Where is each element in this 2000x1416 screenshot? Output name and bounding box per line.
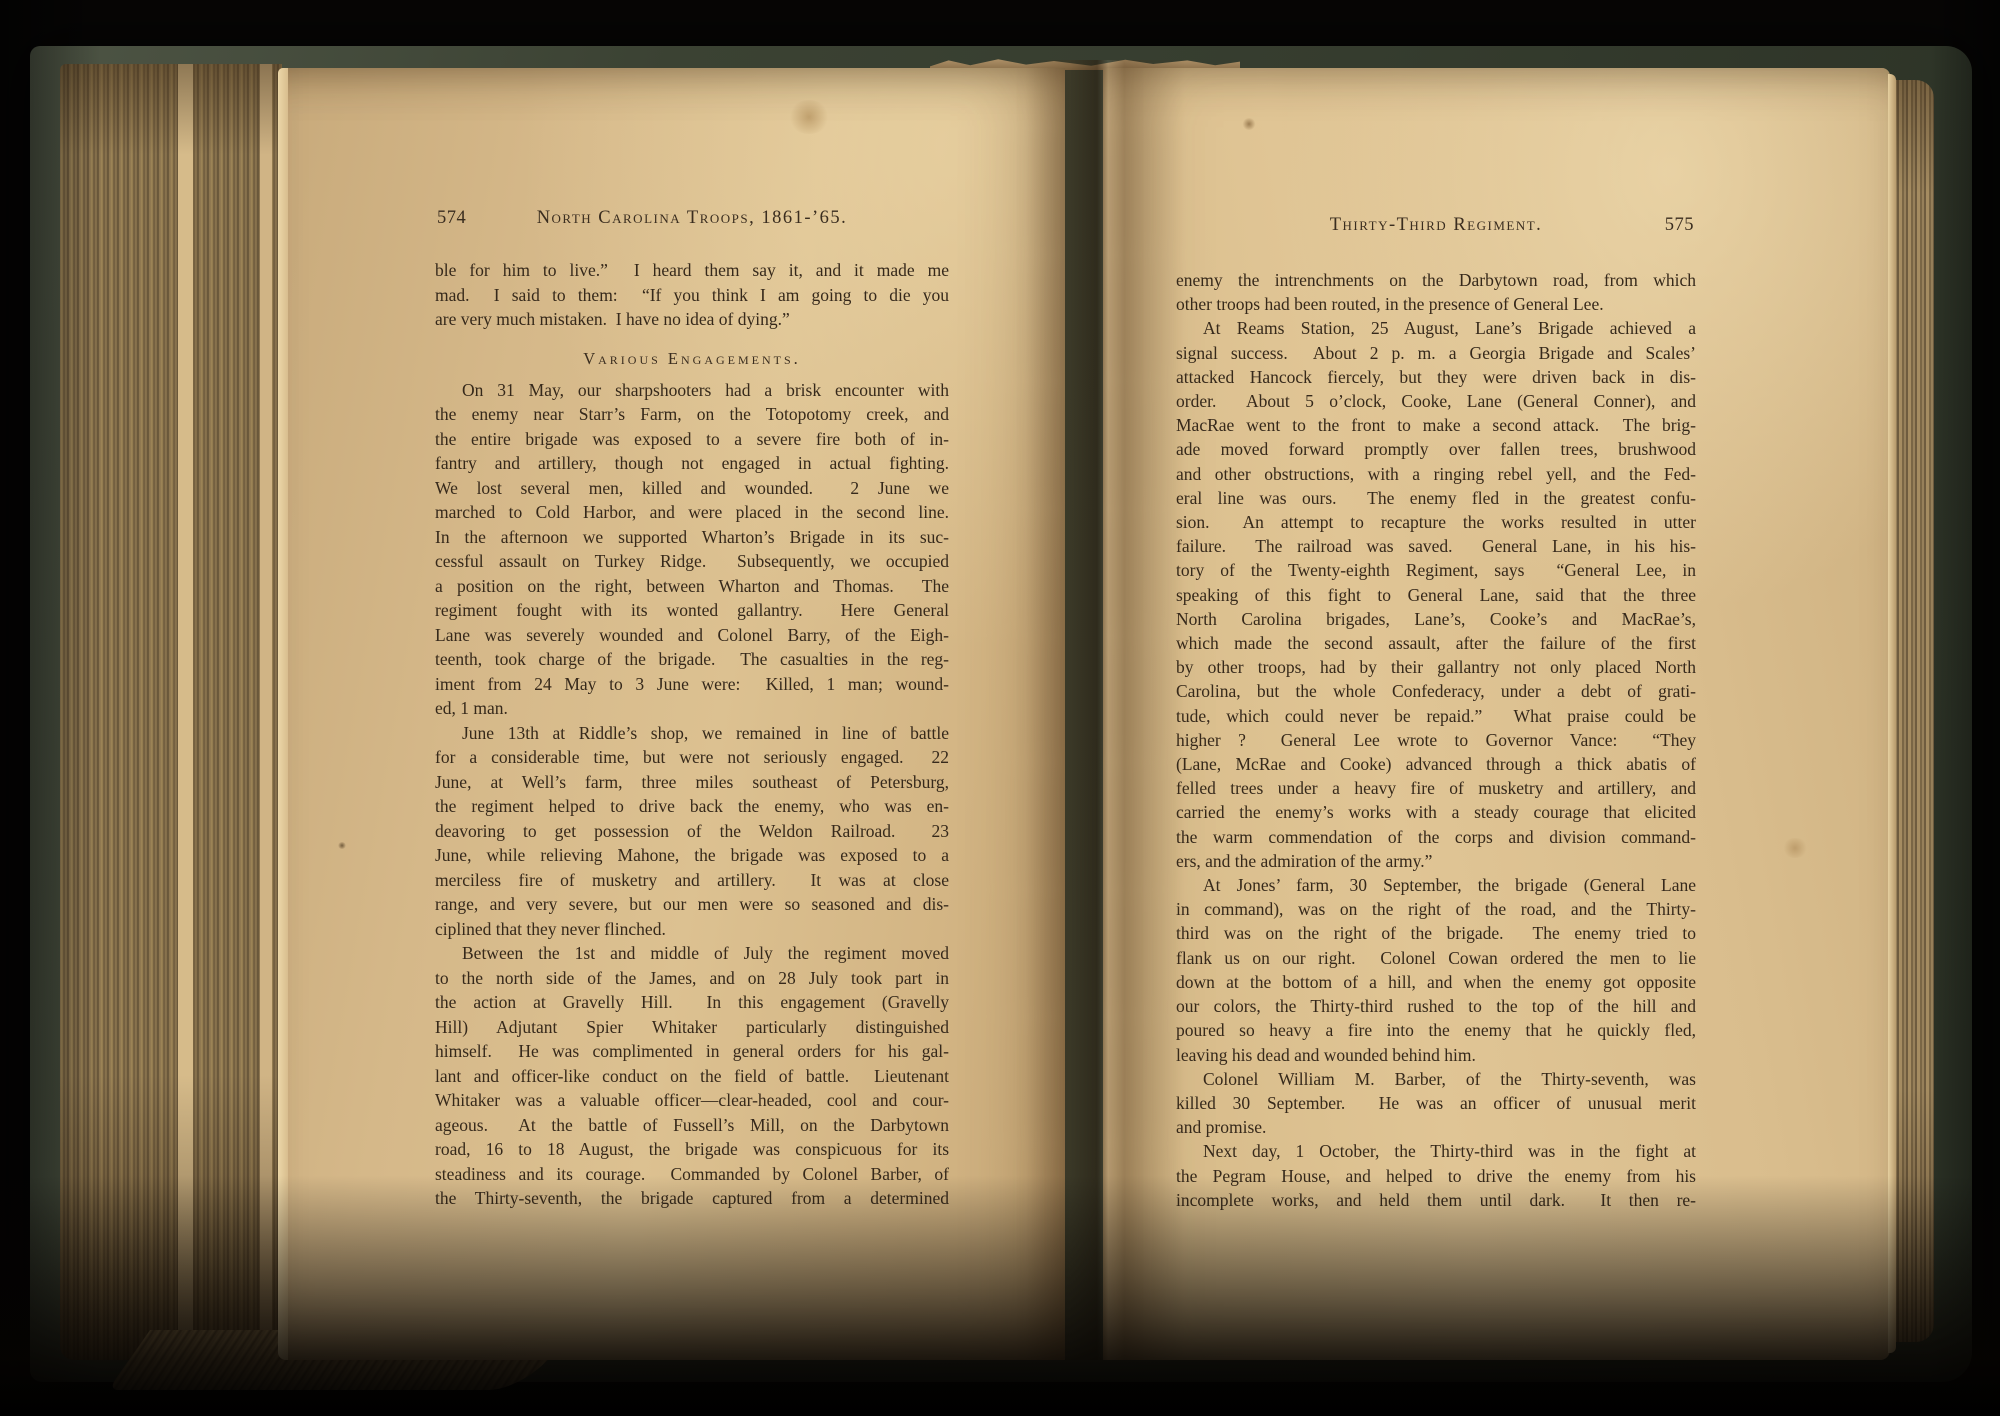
paragraph: ble for him to live.” I heard them say i… [435,258,949,332]
text-line: and promise. [1176,1115,1696,1139]
text-line: ed, 1 man. [435,696,949,721]
text-line: Carolina, but the whole Confederacy, und… [1176,679,1696,703]
text-line: the Pegram House, and helped to drive th… [1176,1164,1696,1188]
text-line: At Jones’ farm, 30 September, the brigad… [1176,873,1696,897]
text-line: teenth, took charge of the brigade. The … [435,647,949,672]
text-line: enemy the intrenchments on the Darbytown… [1176,268,1696,292]
paragraph: Next day, 1 October, the Thirty-third wa… [1176,1139,1696,1212]
paragraph: At Jones’ farm, 30 September, the brigad… [1176,873,1696,1067]
right-page: Thirty-Third Regiment. 575 enemy the int… [1103,68,1890,1360]
text-line: incomplete works, and held them until da… [1176,1188,1696,1212]
paragraph: Between the 1st and middle of July the r… [435,941,949,1211]
book-photo: 574 North Carolina Troops, 1861-’65. ble… [0,0,2000,1416]
text-line: speaking of this fight to General Lane, … [1176,583,1696,607]
text-line: for a considerable time, but were not se… [435,745,949,770]
paragraph: At Reams Station, 25 August, Lane’s Brig… [1176,316,1696,873]
page-number-right: 575 [1665,215,1694,236]
text-line: Whitaker was a valuable officer—clear-he… [435,1088,949,1113]
text-line: Between the 1st and middle of July the r… [435,941,949,966]
text-line: North Carolina brigades, Lane’s, Cooke’s… [1176,607,1696,631]
text-line: ade moved forward promptly over fallen t… [1176,437,1696,461]
text-line: failure. The railroad was saved. General… [1176,534,1696,558]
text-line: MacRae went to the front to make a secon… [1176,413,1696,437]
text-line: road, 16 to 18 August, the brigade was c… [435,1137,949,1162]
text-line: ciplined that they never flinched. [435,917,949,942]
running-title-left: North Carolina Troops, 1861-’65. [435,208,949,229]
left-page: 574 North Carolina Troops, 1861-’65. ble… [278,68,1065,1360]
paragraph: On 31 May, our sharpshooters had a brisk… [435,378,949,721]
text-line: third was on the right of the brigade. T… [1176,921,1696,945]
text-line: lant and officer-like conduct on the fie… [435,1064,949,1089]
text-line: higher ? General Lee wrote to Governor V… [1176,728,1696,752]
text-line: other troops had been routed, in the pre… [1176,292,1696,316]
text-line: regiment fought with its wonted gallantr… [435,598,949,623]
text-line: himself. He was complimented in general … [435,1039,949,1064]
paragraph: June 13th at Riddle’s shop, we remained … [435,721,949,942]
text-line: are very much mistaken. I have no idea o… [435,307,949,332]
text-line: deavoring to get possession of the Weldo… [435,819,949,844]
running-header-left: 574 North Carolina Troops, 1861-’65. [435,208,949,234]
text-line: flank us on our right. Colonel Cowan ord… [1176,946,1696,970]
text-line: fantry and artillery, though not engaged… [435,451,949,476]
running-header-right: Thirty-Third Regiment. 575 [1176,215,1696,241]
text-line: the warm commendation of the corps and d… [1176,825,1696,849]
text-line: the entire brigade was exposed to a seve… [435,427,949,452]
text-line: June 13th at Riddle’s shop, we remained … [435,721,949,746]
text-line: eral line was ours. The enemy fled in th… [1176,486,1696,510]
text-line: Hill) Adjutant Spier Whitaker particular… [435,1015,949,1040]
text-line: and other obstructions, with a ringing r… [1176,462,1696,486]
text-line: signal success. About 2 p. m. a Georgia … [1176,341,1696,365]
text-line: range, and very severe, but our men were… [435,892,949,917]
text-line: killed 30 September. He was an officer o… [1176,1091,1696,1115]
text-column-right: enemy the intrenchments on the Darbytown… [1176,268,1696,1212]
text-line: mad. I said to them: “If you think I am … [435,283,949,308]
text-line: ageous. At the battle of Fussell’s Mill,… [435,1113,949,1138]
text-line: tory of the Twenty-eighth Regiment, says… [1176,558,1696,582]
paragraph: enemy the intrenchments on the Darbytown… [1176,268,1696,316]
text-line: merciless fire of musketry and artillery… [435,868,949,893]
text-line: cessful assault on Turkey Ridge. Subsequ… [435,549,949,574]
text-line: iment from 24 May to 3 June were: Killed… [435,672,949,697]
text-line: ers, and the admiration of the army.” [1176,849,1696,873]
text-line: by other troops, had by their gallantry … [1176,655,1696,679]
text-line: leaving his dead and wounded behind him. [1176,1043,1696,1067]
text-line: On 31 May, our sharpshooters had a brisk… [435,378,949,403]
paragraph: Colonel William M. Barber, of the Thirty… [1176,1067,1696,1140]
text-line: steadiness and its courage. Commanded by… [435,1162,949,1187]
text-line: the Thirty-seventh, the brigade captured… [435,1186,949,1211]
text-line: At Reams Station, 25 August, Lane’s Brig… [1176,316,1696,340]
text-line: tude, which could never be repaid.” What… [1176,704,1696,728]
text-column-left: ble for him to live.” I heard them say i… [435,258,949,1211]
text-line: down at the bottom of a hill, and when t… [1176,970,1696,994]
page-edges-left [60,64,282,1360]
text-line: ble for him to live.” I heard them say i… [435,258,949,283]
text-line: June, at Well’s farm, three miles southe… [435,770,949,795]
text-line: We lost several men, killed and wounded.… [435,476,949,501]
text-line: order. About 5 o’clock, Cooke, Lane (Gen… [1176,389,1696,413]
running-title-right: Thirty-Third Regiment. [1176,215,1696,236]
text-line: poured so heavy a fire into the enemy th… [1176,1018,1696,1042]
text-line: to the north side of the James, and on 2… [435,966,949,991]
text-line: In the afternoon we supported Wharton’s … [435,525,949,550]
text-line: the regiment helped to drive back the en… [435,794,949,819]
text-line: our colors, the Thirty-third rushed to t… [1176,994,1696,1018]
text-line: attacked Hancock fiercely, but they were… [1176,365,1696,389]
text-line: Lane was severely wounded and Colonel Ba… [435,623,949,648]
text-line: which made the second assault, after the… [1176,631,1696,655]
page-number-left: 574 [437,208,466,229]
text-line: June, while relieving Mahone, the brigad… [435,843,949,868]
text-line: carried the enemy’s works with a steady … [1176,800,1696,824]
text-line: a position on the right, between Wharton… [435,574,949,599]
text-line: marched to Cold Harbor, and were placed … [435,500,949,525]
section-heading: Various Engagements. [435,348,949,370]
text-line: Colonel William M. Barber, of the Thirty… [1176,1067,1696,1091]
text-line: (Lane, McRae and Cooke) advanced through… [1176,752,1696,776]
text-line: felled trees under a heavy fire of muske… [1176,776,1696,800]
text-line: in command), was on the right of the roa… [1176,897,1696,921]
text-line: the enemy near Starr’s Farm, on the Toto… [435,402,949,427]
text-line: the action at Gravelly Hill. In this eng… [435,990,949,1015]
text-line: sion. An attempt to recapture the works … [1176,510,1696,534]
text-line: Next day, 1 October, the Thirty-third wa… [1176,1139,1696,1163]
